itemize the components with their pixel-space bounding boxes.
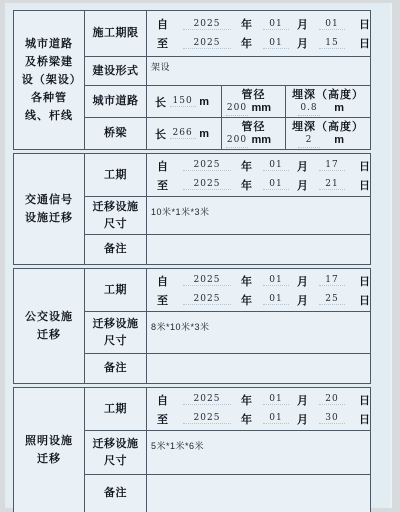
section-public-transport-title: 公交设施迁移 [14, 269, 85, 384]
bridge-pipe-cell: 管径 200 mm [222, 118, 286, 150]
bridge-length-value: 266 [170, 128, 196, 139]
period-to-line: 至 2025 年 01 月 30 日 [157, 409, 370, 428]
to-month: 01 [263, 413, 289, 424]
to-year: 2025 [183, 413, 231, 424]
section-traffic-signal: 交通信号设施迁移 工期 自 2025 年 01 月 17 日 至 2025 年 … [13, 153, 371, 265]
to-year: 2025 [183, 179, 231, 190]
facility-size-label: 迁移设施尺寸 [85, 197, 147, 235]
period-to-line: 至 2025 年 01 月 25 日 [157, 290, 370, 309]
depth-label: 埋深（高度） [286, 120, 370, 134]
from-month: 01 [263, 394, 289, 405]
period-from-line: 自 2025 年 01 月 17 日 [157, 156, 370, 175]
from-year: 2025 [183, 394, 231, 405]
length-unit: m [199, 128, 209, 140]
remark-value [147, 475, 371, 512]
period-from-line: 自 2025 年 01 月 20 日 [157, 390, 370, 409]
length-unit: m [199, 96, 209, 108]
construction-form: 城市道路及桥梁建设（架设）各种管线、杆线 施工期限 自 2025 年 01 月 … [13, 10, 371, 512]
period-from-line: 自 2025 年 01 月 17 日 [157, 271, 370, 290]
from-day: 01 [319, 19, 345, 30]
length-label: 长 [155, 94, 166, 110]
construction-period-label: 施工期限 [85, 11, 147, 57]
city-road-pipe-value: 200 [226, 102, 248, 116]
day-unit: 日 [359, 292, 370, 308]
bridge-label: 桥梁 [85, 118, 147, 150]
row-construction-period: 城市道路及桥梁建设（架设）各种管线、杆线 施工期限 自 2025 年 01 月 … [14, 11, 371, 57]
to-label: 至 [157, 292, 183, 308]
work-period-label: 工期 [85, 154, 147, 197]
row-work-period: 交通信号设施迁移 工期 自 2025 年 01 月 17 日 至 2025 年 … [14, 154, 371, 197]
from-day: 20 [319, 394, 345, 405]
from-year: 2025 [183, 275, 231, 286]
to-month: 01 [263, 294, 289, 305]
length-label: 长 [155, 126, 166, 142]
build-form-value: 架设 [147, 57, 371, 86]
day-unit: 日 [359, 35, 370, 51]
month-unit: 月 [297, 177, 319, 193]
bridge-depth-value: 2 [298, 134, 320, 148]
day-unit: 日 [359, 411, 370, 427]
month-unit: 月 [297, 273, 319, 289]
section-public-transport: 公交设施迁移 工期 自 2025 年 01 月 17 日 至 2025 年 01 [13, 268, 371, 384]
document-page: 城市道路及桥梁建设（架设）各种管线、杆线 施工期限 自 2025 年 01 月 … [5, 3, 392, 508]
from-label: 自 [157, 392, 183, 408]
work-period-value: 自 2025 年 01 月 17 日 至 2025 年 01 月 25 日 [147, 269, 371, 312]
city-road-depth-cell: 埋深（高度） 0.8 m [286, 86, 371, 118]
facility-size-label: 迁移设施尺寸 [85, 431, 147, 475]
pipe-unit: mm [251, 102, 271, 115]
day-unit: 日 [359, 177, 370, 193]
from-month: 01 [263, 275, 289, 286]
from-day: 17 [319, 275, 345, 286]
from-label: 自 [157, 158, 183, 174]
bridge-depth-cell: 埋深（高度） 2 m [286, 118, 371, 150]
year-unit: 年 [241, 177, 263, 193]
period-to-line: 至 2025 年 01 月 21 日 [157, 175, 370, 194]
day-unit: 日 [359, 392, 370, 408]
to-label: 至 [157, 411, 183, 427]
month-unit: 月 [297, 292, 319, 308]
year-unit: 年 [241, 35, 263, 51]
from-day: 17 [319, 160, 345, 171]
pipe-diameter-label: 管径 [222, 88, 285, 102]
facility-size-label: 迁移设施尺寸 [85, 312, 147, 354]
section-road-bridge: 城市道路及桥梁建设（架设）各种管线、杆线 施工期限 自 2025 年 01 月 … [13, 10, 371, 150]
remark-value [147, 235, 371, 265]
to-day: 21 [319, 179, 345, 190]
from-month: 01 [263, 19, 289, 30]
work-period-label: 工期 [85, 388, 147, 431]
city-road-label: 城市道路 [85, 86, 147, 118]
city-road-length-cell: 长 150 m [147, 86, 222, 118]
work-period-label: 工期 [85, 269, 147, 312]
period-from-line: 自 2025 年 01 月 01 日 [157, 15, 370, 34]
to-month: 01 [263, 179, 289, 190]
facility-size-value: 8米*10米*3米 [147, 312, 371, 354]
city-road-pipe-cell: 管径 200 mm [222, 86, 286, 118]
to-day: 15 [319, 38, 345, 49]
from-month: 01 [263, 160, 289, 171]
bridge-length-cell: 长 266 m [147, 118, 222, 150]
work-period-value: 自 2025 年 01 月 20 日 至 2025 年 01 月 30 日 [147, 388, 371, 431]
to-year: 2025 [183, 38, 231, 49]
city-road-depth-value: 0.8 [298, 102, 320, 116]
day-unit: 日 [359, 273, 370, 289]
section-road-bridge-title: 城市道路及桥梁建设（架设）各种管线、杆线 [14, 11, 85, 150]
to-day: 25 [319, 294, 345, 305]
remark-label: 备注 [85, 235, 147, 265]
to-month: 01 [263, 38, 289, 49]
from-label: 自 [157, 273, 183, 289]
month-unit: 月 [297, 411, 319, 427]
section-lighting-title: 照明设施迁移 [14, 388, 85, 512]
day-unit: 日 [359, 158, 370, 174]
remark-label: 备注 [85, 475, 147, 512]
city-road-length-value: 150 [170, 96, 196, 107]
year-unit: 年 [241, 411, 263, 427]
remark-value [147, 354, 371, 384]
section-traffic-signal-title: 交通信号设施迁移 [14, 154, 85, 265]
pipe-diameter-label: 管径 [222, 120, 285, 134]
to-day: 30 [319, 413, 345, 424]
work-period-value: 自 2025 年 01 月 17 日 至 2025 年 01 月 21 日 [147, 154, 371, 197]
day-unit: 日 [359, 16, 370, 32]
section-lighting: 照明设施迁移 工期 自 2025 年 01 月 20 日 至 2025 年 01 [13, 387, 371, 512]
month-unit: 月 [297, 392, 319, 408]
period-to-line: 至 2025 年 01 月 15 日 [157, 34, 370, 53]
year-unit: 年 [241, 292, 263, 308]
row-work-period: 照明设施迁移 工期 自 2025 年 01 月 20 日 至 2025 年 01 [14, 388, 371, 431]
depth-label: 埋深（高度） [286, 88, 370, 102]
depth-unit: m [334, 134, 344, 147]
month-unit: 月 [297, 158, 319, 174]
year-unit: 年 [241, 158, 263, 174]
from-year: 2025 [183, 19, 231, 30]
build-form-label: 建设形式 [85, 57, 147, 86]
bridge-pipe-value: 200 [226, 134, 248, 148]
facility-size-value: 10米*1米*3米 [147, 197, 371, 235]
month-unit: 月 [297, 16, 319, 32]
year-unit: 年 [241, 273, 263, 289]
to-label: 至 [157, 177, 183, 193]
to-year: 2025 [183, 294, 231, 305]
year-unit: 年 [241, 392, 263, 408]
row-work-period: 公交设施迁移 工期 自 2025 年 01 月 17 日 至 2025 年 01 [14, 269, 371, 312]
facility-size-value: 5米*1米*6米 [147, 431, 371, 475]
month-unit: 月 [297, 35, 319, 51]
to-label: 至 [157, 35, 183, 51]
from-year: 2025 [183, 160, 231, 171]
construction-period-value: 自 2025 年 01 月 01 日 至 2025 年 01 月 15 日 [147, 11, 371, 57]
year-unit: 年 [241, 16, 263, 32]
pipe-unit: mm [251, 134, 271, 147]
remark-label: 备注 [85, 354, 147, 384]
from-label: 自 [157, 16, 183, 32]
depth-unit: m [334, 102, 344, 115]
